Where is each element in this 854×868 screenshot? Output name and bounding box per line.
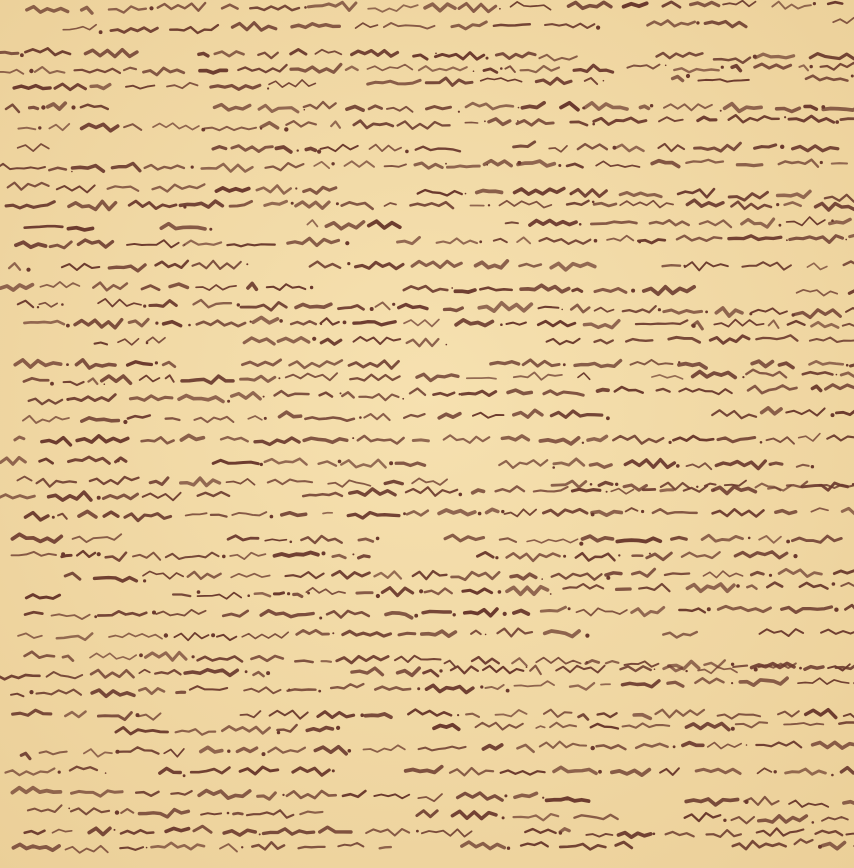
handwritten-paper-texture (0, 0, 854, 868)
paper-background (0, 0, 854, 868)
illegible-handwriting (0, 0, 854, 868)
